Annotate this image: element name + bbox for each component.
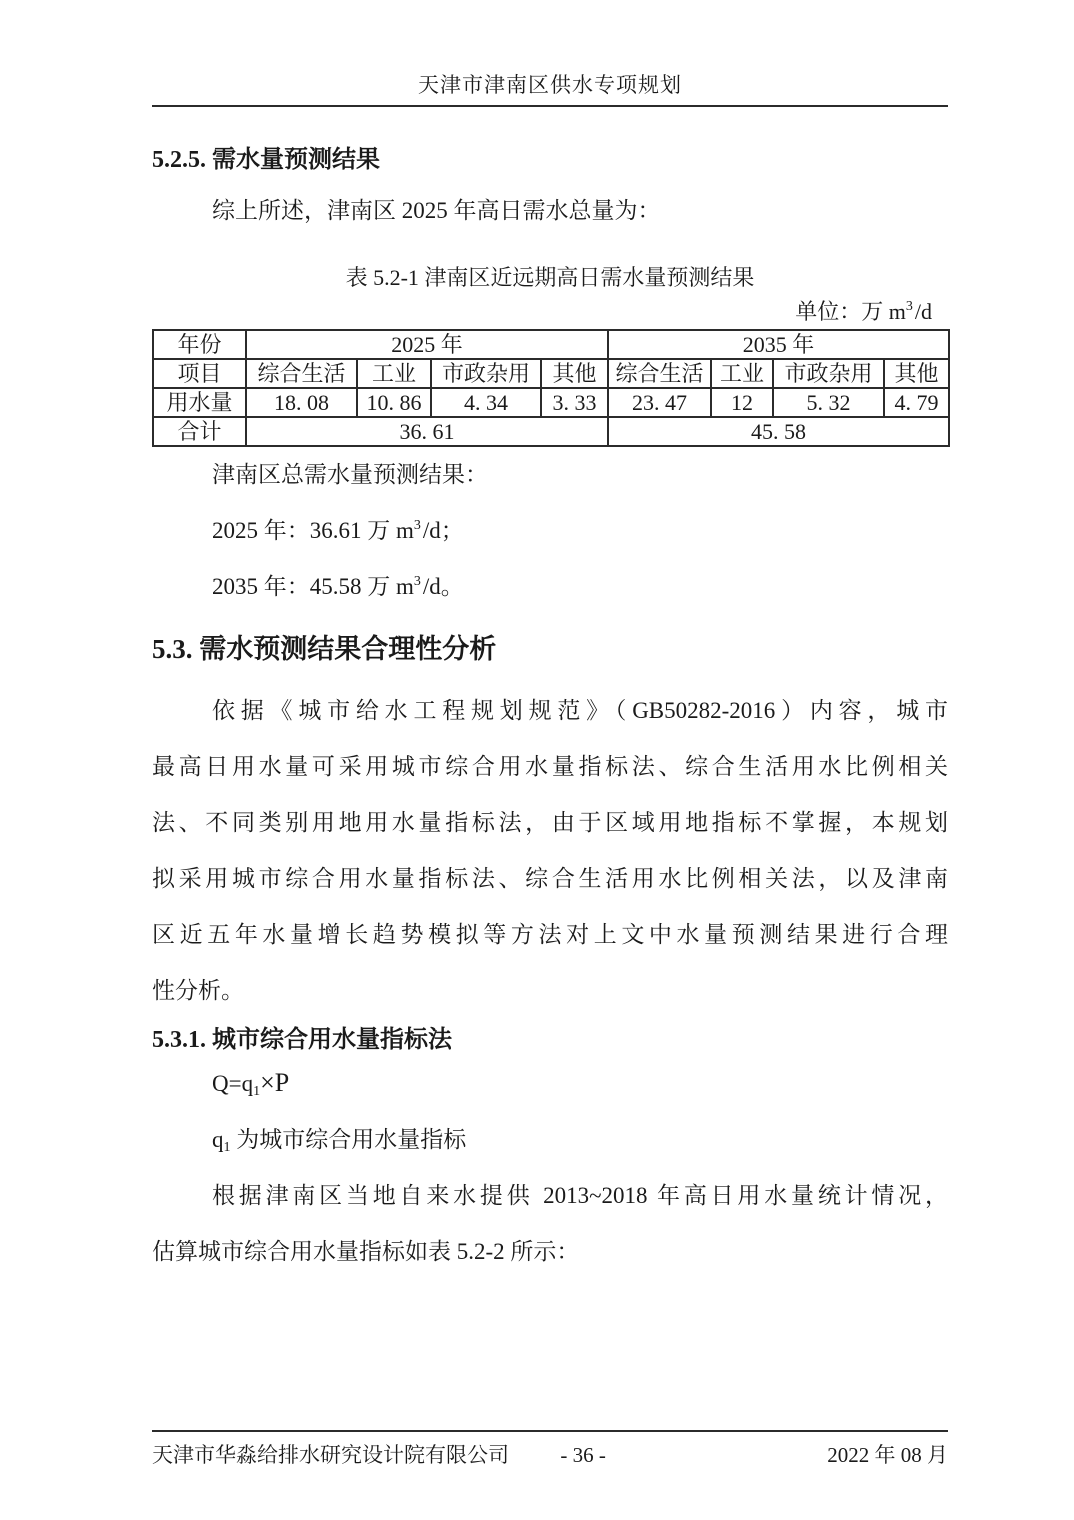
q1-var: q [212,1127,224,1152]
cell-usage-2025-domestic: 18. 08 [246,388,357,417]
cell-usage-label: 用水量 [153,388,246,417]
table-row-usage: 用水量 18. 08 10. 86 4. 34 3. 33 23. 47 12 … [153,388,949,417]
paragraph-line: 依据《城市给水工程规划规范》（GB50282-2016）内容，城市 [152,683,948,739]
cell-usage-2035-other: 4. 79 [884,388,949,417]
cell-usage-2035-industry: 12 [711,388,773,417]
paragraph-line: 拟采用城市综合用水量指标法、综合生活用水比例相关法，以及津南 [152,851,948,907]
q1-definition-line: q1 为城市综合用水量指标 [152,1112,948,1168]
cell-usage-2025-municipal: 4. 34 [431,388,541,417]
analysis-paragraph: 依据《城市给水工程规划规范》（GB50282-2016）内容，城市 最高日用水量… [152,683,948,1019]
result-2035-superscript: 3 [414,574,421,589]
unit-text-post: /d [915,299,932,324]
result-2035-text: 2035 年：45.58 万 m [212,574,414,599]
result-2025-text: 2025 年：36.61 万 m [212,518,414,543]
method-paragraph: 根据津南区当地自来水提供 2013~2018 年高日用水量统计情况， 估算城市综… [152,1168,948,1280]
document-page: 天津市津南区供水专项规划 5.2.5. 需水量预测结果 综上所述，津南区 202… [0,0,1074,1520]
cell-item-2035-municipal: 市政杂用 [773,359,884,388]
result-line-2025: 2025 年：36.61 万 m3/d； [152,503,948,559]
cell-item-2025-industry: 工业 [357,359,431,388]
footer-date: 2022 年 08 月 [827,1442,948,1468]
cell-total-2035: 45. 58 [608,417,949,446]
cell-item-label: 项目 [153,359,246,388]
formula-rhs: ×P [260,1068,289,1097]
section-heading-525: 5.2.5. 需水量预测结果 [152,145,948,175]
result-2035-text-post: /d。 [423,574,464,599]
q1-subscript: 1 [224,1140,231,1155]
demand-forecast-table: 年份 2025 年 2035 年 项目 综合生活 工业 市政杂用 其他 综合生活… [152,329,950,447]
cell-item-2025-other: 其他 [541,359,608,388]
results-title: 津南区总需水量预测结果： [152,447,948,503]
section-heading-53: 5.3. 需水预测结果合理性分析 [152,631,948,667]
cell-year-2025: 2025 年 [246,330,608,359]
cell-usage-2025-industry: 10. 86 [357,388,431,417]
table-unit-label: 单位：万 m3/d [152,297,948,327]
paragraph-line: 性分析。 [152,963,948,1019]
formula-line: Q=q1×P [152,1055,948,1112]
formula-lhs: Q=q [212,1071,253,1096]
cell-usage-2035-domestic: 23. 47 [608,388,711,417]
paragraph-line: 估算城市综合用水量指标如表 5.2-2 所示： [152,1224,948,1280]
result-2025-superscript: 3 [414,518,421,533]
cell-year-2035: 2035 年 [608,330,949,359]
table-row-year: 年份 2025 年 2035 年 [153,330,949,359]
cell-item-2035-industry: 工业 [711,359,773,388]
page-content: 5.2.5. 需水量预测结果 综上所述，津南区 2025 年高日需水总量为： 表… [152,145,948,1280]
q1-definition-text: 为城市综合用水量指标 [231,1127,467,1152]
table-row-total: 合计 36. 61 45. 58 [153,417,949,446]
footer-company: 天津市华淼给排水研究设计院有限公司 [152,1442,509,1468]
result-line-2035: 2035 年：45.58 万 m3/d。 [152,559,948,615]
page-footer: 天津市华淼给排水研究设计院有限公司 - 36 - 2022 年 08 月 [152,1430,948,1468]
page-header: 天津市津南区供水专项规划 [152,0,948,107]
paragraph-line: 区近五年水量增长趋势模拟等方法对上文中水量预测结果进行合理 [152,907,948,963]
table-row-item: 项目 综合生活 工业 市政杂用 其他 综合生活 工业 市政杂用 其他 [153,359,949,388]
footer-page-number: - 36 - [509,1442,827,1468]
intro-paragraph: 综上所述，津南区 2025 年高日需水总量为： [152,183,948,239]
unit-superscript: 3 [906,299,913,314]
cell-total-2025: 36. 61 [246,417,608,446]
cell-item-2025-municipal: 市政杂用 [431,359,541,388]
header-rule [152,105,948,107]
paragraph-line: 根据津南区当地自来水提供 2013~2018 年高日用水量统计情况， [152,1168,948,1224]
table-caption: 表 5.2-1 津南区近远期高日需水量预测结果 [152,263,948,293]
result-2025-text-post: /d； [423,518,464,543]
section-heading-531: 5.3.1. 城市综合用水量指标法 [152,1025,948,1055]
cell-usage-2035-municipal: 5. 32 [773,388,884,417]
cell-item-2035-other: 其他 [884,359,949,388]
unit-text: 单位：万 m [795,299,906,324]
paragraph-line: 最高日用水量可采用城市综合用水量指标法、综合生活用水比例相关 [152,739,948,795]
paragraph-line: 法、不同类别用地用水量指标法，由于区域用地指标不掌握，本规划 [152,795,948,851]
cell-usage-2025-other: 3. 33 [541,388,608,417]
cell-total-label: 合计 [153,417,246,446]
cell-item-2025-domestic: 综合生活 [246,359,357,388]
cell-item-2035-domestic: 综合生活 [608,359,711,388]
cell-year-label: 年份 [153,330,246,359]
header-title: 天津市津南区供水专项规划 [152,72,948,98]
